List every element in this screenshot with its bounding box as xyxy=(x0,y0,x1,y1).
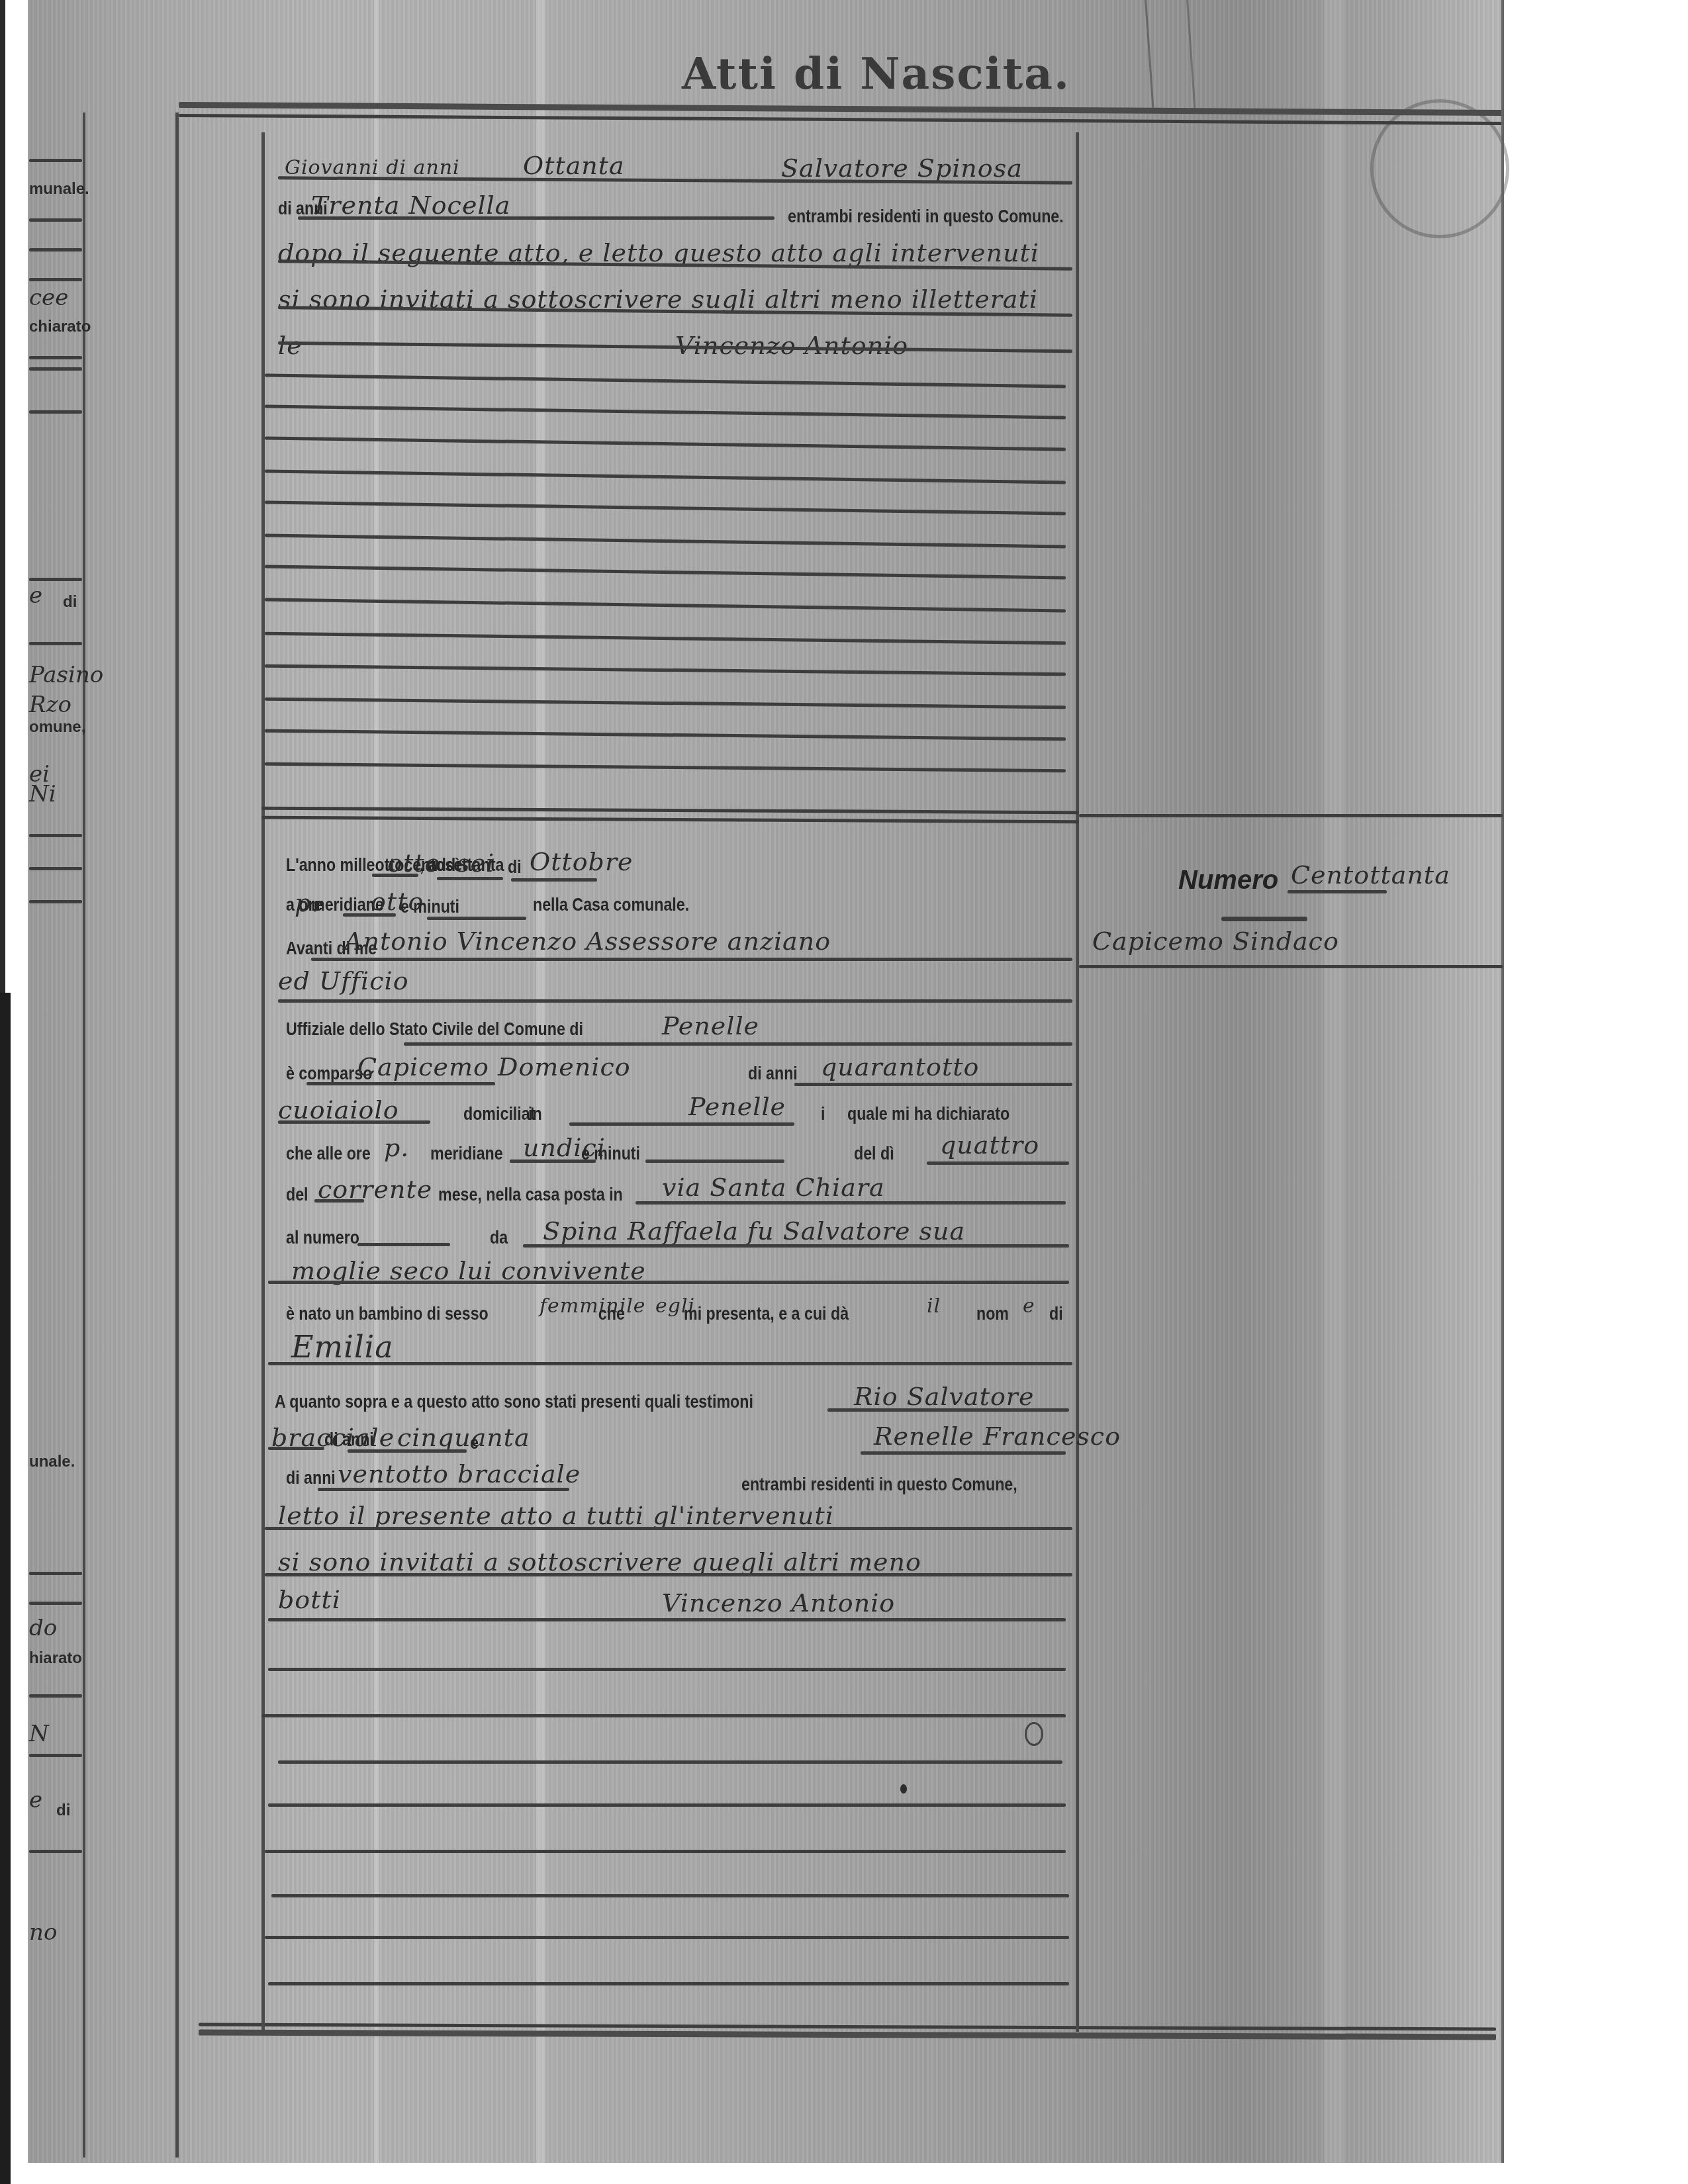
margin-rule xyxy=(29,356,82,359)
signature: Vincenzo Antonio xyxy=(662,1588,895,1617)
handwriting: Spina Raffaela fu Salvatore sua xyxy=(543,1216,965,1246)
handwriting: Trenta Nocella xyxy=(311,191,510,220)
handwriting: Ottobre xyxy=(530,847,633,876)
printed-label: al numero xyxy=(286,1228,359,1248)
ink-stamp xyxy=(1370,99,1509,238)
ruled-line xyxy=(265,1850,1066,1853)
printed-label: meridiane xyxy=(430,1144,503,1164)
printed-label: entrambi residenti in questo Comune, xyxy=(741,1475,1017,1495)
ruled-line xyxy=(261,1714,1066,1717)
margin-rule xyxy=(29,1694,82,1698)
margin-text: di xyxy=(56,1801,70,1820)
printed-label: mi presenta, e a cui dà xyxy=(684,1304,849,1324)
handwriting: cinquanta xyxy=(397,1423,530,1452)
fill-line xyxy=(861,1451,1066,1455)
fill-line xyxy=(306,1082,495,1085)
right-column-separator xyxy=(1079,814,1503,817)
handwriting: ed Ufficio xyxy=(278,966,409,995)
fill-line xyxy=(318,1488,569,1491)
printed-label: nella Casa comunale. xyxy=(533,895,689,915)
scan-streak xyxy=(536,0,545,2163)
handwriting: si sono invitati a sottoscrivere quegli … xyxy=(278,1547,921,1576)
form-right-border xyxy=(1076,1893,1079,2032)
printed-label: è nato un bambino di sesso xyxy=(286,1304,489,1324)
handwriting: Capicemo Sindaco xyxy=(1092,927,1339,956)
handwriting: Capicemo Domenico xyxy=(357,1052,631,1081)
margin-rule xyxy=(29,410,82,414)
printed-label: del xyxy=(286,1185,308,1205)
scan-streak xyxy=(374,0,379,2163)
handwriting: sei xyxy=(457,848,494,878)
printed-label: A quanto sopra e a questo atto sono stat… xyxy=(275,1392,753,1412)
printed-label: i xyxy=(821,1104,825,1124)
ink-mark xyxy=(900,1784,907,1794)
margin-text: munale. xyxy=(29,180,89,199)
record-number: Centottanta xyxy=(1291,860,1450,889)
scanner-edge-top xyxy=(0,0,5,993)
gutter-line xyxy=(83,113,85,2158)
margin-text: hiarato xyxy=(29,1649,82,1668)
fill-line xyxy=(278,1120,430,1124)
printed-label: e minuti xyxy=(581,1144,640,1164)
ruled-line xyxy=(278,1760,1062,1764)
ruled-line xyxy=(265,1527,1072,1530)
flourish-underline xyxy=(1221,917,1307,921)
ruled-line xyxy=(271,1894,1069,1897)
handwriting: e xyxy=(1023,1295,1035,1318)
form-right-border xyxy=(1076,132,1079,1893)
ruled-line xyxy=(265,1573,1072,1576)
handwriting: ventotto bracciale xyxy=(338,1459,581,1488)
page-right-edge xyxy=(1501,0,1504,2163)
numero-label: Numero xyxy=(1178,866,1278,895)
handwriting: Renelle Francesco xyxy=(874,1422,1121,1451)
form-left-border xyxy=(261,1893,265,2032)
printed-label: Uffiziale dello Stato Civile del Comune … xyxy=(286,1019,583,1040)
printed-label: che xyxy=(598,1304,625,1324)
margin-rule xyxy=(29,1572,82,1575)
ruled-line xyxy=(268,1281,1069,1284)
margin-handwriting: e xyxy=(29,1787,42,1813)
fill-line xyxy=(357,1243,450,1246)
handwriting: p. xyxy=(384,1133,409,1162)
ruled-line xyxy=(268,1362,1072,1365)
fill-line xyxy=(827,1408,1069,1412)
printed-label: , addì xyxy=(420,855,460,876)
printed-label: di xyxy=(1049,1304,1063,1324)
margin-handwriting: N xyxy=(29,1721,49,1747)
printed-label: mese, nella casa posta in xyxy=(438,1185,623,1205)
fill-line xyxy=(404,1042,1072,1046)
fill-line xyxy=(427,917,526,920)
printed-label: e xyxy=(470,1433,479,1453)
handwriting: Antonio Vincenzo Assessore anziano xyxy=(344,927,831,956)
margin-text: chiarato xyxy=(29,318,91,336)
printed-label: del dì xyxy=(854,1144,894,1164)
printed-label: che alle ore xyxy=(286,1144,371,1164)
fill-line xyxy=(635,1201,1066,1205)
margin-rule xyxy=(29,218,82,222)
margin-rule xyxy=(29,1602,82,1605)
gutter-line xyxy=(175,113,179,2158)
handwriting: Penelle xyxy=(688,1092,786,1121)
pencil-scratch xyxy=(1145,0,1196,113)
margin-rule xyxy=(29,248,82,251)
printed-label: di anni xyxy=(286,1468,336,1488)
margin-rule xyxy=(29,1754,82,1757)
ruled-line xyxy=(298,216,774,220)
handwriting: Ottanta xyxy=(523,151,625,180)
margin-rule xyxy=(29,367,82,371)
handwriting: letto il presente atto a tutti gl'interv… xyxy=(278,1501,834,1530)
margin-handwriting: e xyxy=(29,582,42,609)
fill-line xyxy=(523,1244,1069,1248)
margin-rule xyxy=(29,834,82,837)
handwriting: quarantotto xyxy=(821,1052,979,1081)
handwriting: Penelle xyxy=(662,1011,759,1040)
fill-line xyxy=(511,878,597,882)
printed-label: domiciliat xyxy=(463,1104,535,1124)
child-name: Emilia xyxy=(291,1329,394,1365)
printed-label: entrambi residenti in questo Comune. xyxy=(788,206,1064,227)
margin-handwriting: cee xyxy=(29,285,68,311)
margin-handwriting: do xyxy=(29,1615,57,1641)
page-title: Atti di Nascita. xyxy=(682,48,1070,99)
fill-line xyxy=(437,877,503,880)
fill-line xyxy=(348,1449,467,1453)
printed-label: di xyxy=(508,857,522,878)
fill-line xyxy=(314,1199,364,1203)
fill-line xyxy=(372,874,418,877)
ink-mark xyxy=(1025,1722,1043,1746)
printed-label: di anni xyxy=(324,1430,374,1450)
fill-line xyxy=(645,1160,784,1163)
handwriting: il xyxy=(927,1295,941,1318)
margin-text: di xyxy=(63,593,77,612)
handwriting: le xyxy=(278,331,303,360)
ruled-line xyxy=(268,1668,1066,1671)
printed-label: di anni xyxy=(748,1064,798,1084)
printed-label: da xyxy=(490,1228,508,1248)
handwriting: femminile xyxy=(539,1295,646,1318)
scan-streak xyxy=(1324,0,1344,2163)
form-left-border xyxy=(261,132,265,1893)
margin-handwriting: Rzo xyxy=(29,692,71,718)
handwriting: Rio Salvatore xyxy=(854,1382,1035,1411)
fill-line xyxy=(569,1122,794,1126)
number-underline xyxy=(1288,890,1387,893)
margin-rule xyxy=(29,278,82,281)
margin-rule xyxy=(29,159,82,162)
handwriting: Salvatore Spinosa xyxy=(781,154,1023,183)
margin-text: omune, xyxy=(29,718,85,737)
fill-line xyxy=(927,1161,1069,1165)
margin-rule xyxy=(29,900,82,903)
printed-label: quale mi ha dichiarato xyxy=(847,1104,1009,1124)
scanner-edge xyxy=(0,993,11,2184)
ruled-line xyxy=(265,1936,1069,1939)
margin-rule xyxy=(29,642,82,645)
margin-text: unale. xyxy=(29,1453,75,1471)
handwriting: quattro xyxy=(940,1130,1039,1160)
margin-rule xyxy=(29,578,82,581)
printed-label: e minuti xyxy=(400,897,459,917)
fill-line xyxy=(268,1447,324,1450)
margin-rule xyxy=(29,1850,82,1853)
printed-label: in xyxy=(528,1104,542,1124)
fill-line xyxy=(343,913,396,917)
handwriting: via Santa Chiara xyxy=(662,1173,885,1202)
margin-handwriting: no xyxy=(29,1919,57,1946)
margin-handwriting: Pasino xyxy=(29,662,103,688)
fill-line xyxy=(311,958,1072,961)
continuation-line xyxy=(1079,965,1503,968)
ruled-line xyxy=(268,1618,1066,1621)
handwriting: botti xyxy=(278,1585,341,1614)
fill-line xyxy=(794,1083,1072,1086)
printed-label: nom xyxy=(976,1304,1009,1324)
ruled-line xyxy=(268,1982,1069,1985)
ruled-line xyxy=(268,1803,1066,1807)
margin-rule xyxy=(29,867,82,870)
margin-handwriting: Ni xyxy=(29,781,56,807)
ruled-line xyxy=(278,999,1072,1003)
